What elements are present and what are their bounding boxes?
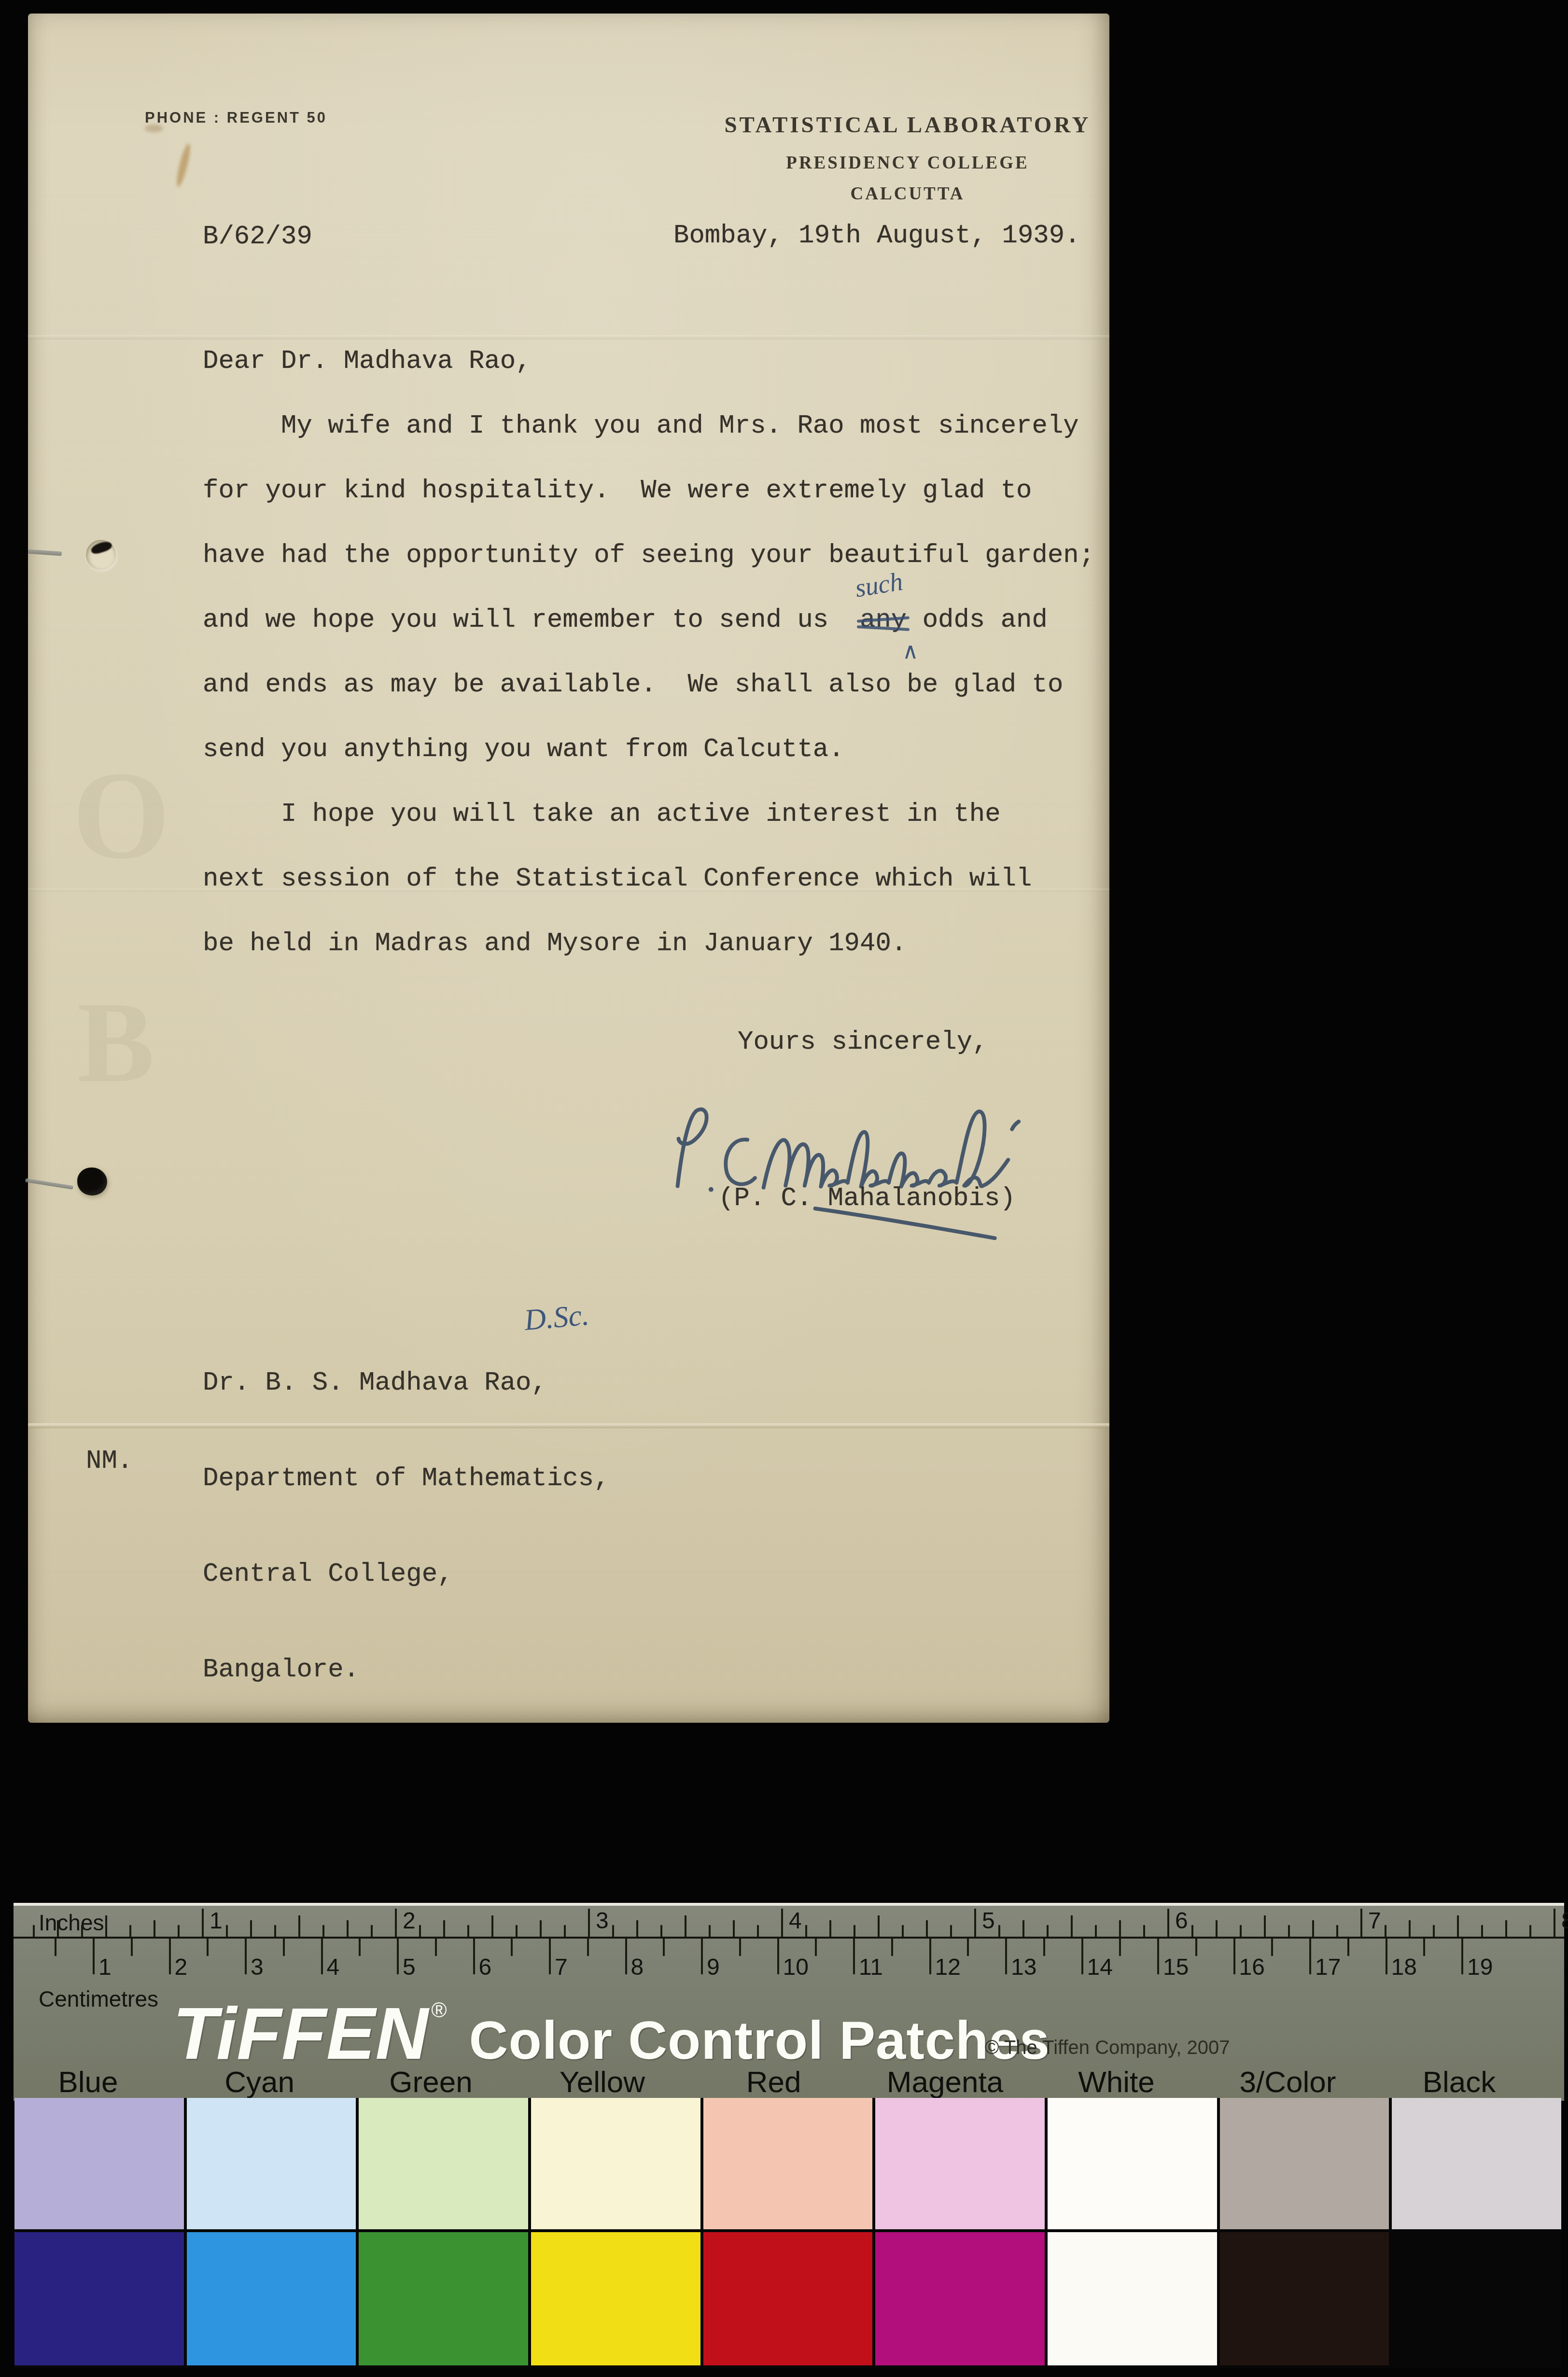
cm-tick xyxy=(435,1939,437,1956)
swatch-pastel-white xyxy=(1048,2098,1217,2229)
inch-tick xyxy=(1433,1925,1435,1937)
letterhead-city: CALCUTTA xyxy=(700,183,1115,204)
inch-tick xyxy=(298,1915,300,1937)
cm-number: 12 xyxy=(935,1954,961,1981)
patch-label-blue: Blue xyxy=(58,2065,118,2099)
inch-tick xyxy=(105,1915,107,1937)
swatch-pastel-red xyxy=(703,2098,873,2229)
cm-number: 15 xyxy=(1163,1954,1189,1981)
recipient-address: Dr. B. S. Madhava Rao, Department of Mat… xyxy=(203,1304,610,1750)
cm-number: 11 xyxy=(859,1954,883,1981)
swatch-pastel-green xyxy=(359,2098,528,2229)
inch-tick xyxy=(1481,1925,1483,1937)
patch-label-3-color: 3/Color xyxy=(1240,2065,1336,2099)
swatch-saturated-cyan xyxy=(187,2232,356,2365)
cm-number: 4 xyxy=(327,1954,340,1981)
cm-number: 3 xyxy=(251,1954,264,1981)
cm-tick xyxy=(549,1939,551,1974)
inch-tick xyxy=(902,1925,904,1937)
inch-tick xyxy=(129,1925,131,1937)
cm-tick xyxy=(1271,1939,1273,1956)
inch-tick xyxy=(1264,1915,1266,1937)
inch-tick xyxy=(1143,1925,1145,1937)
inch-tick xyxy=(1167,1909,1169,1937)
cm-tick xyxy=(511,1939,513,1956)
inch-tick xyxy=(419,1925,421,1937)
inch-tick xyxy=(829,1920,831,1937)
cm-number: 8 xyxy=(631,1954,644,1981)
inch-tick xyxy=(274,1925,276,1937)
cm-number: 1 xyxy=(98,1954,112,1981)
cm-tick xyxy=(397,1939,399,1974)
cm-number: 17 xyxy=(1315,1954,1341,1981)
inch-tick xyxy=(226,1925,228,1937)
brand-row: TiFFEN ® Color Control Patches xyxy=(173,1992,1050,2076)
patch-label-red: Red xyxy=(746,2065,801,2099)
body-text: odds and xyxy=(907,605,1048,635)
cm-tick xyxy=(1195,1939,1197,1956)
inch-number: 2 xyxy=(403,1908,416,1934)
handwritten-signature xyxy=(658,1083,1116,1242)
inch-tick xyxy=(347,1920,349,1937)
inch-tick xyxy=(1095,1925,1097,1937)
inch-tick xyxy=(250,1920,252,1937)
inch-tick xyxy=(1216,1920,1218,1937)
inch-tick xyxy=(564,1925,566,1937)
inch-tick xyxy=(685,1915,686,1937)
swatch-saturated-magenta xyxy=(875,2232,1045,2365)
inch-tick xyxy=(1409,1920,1411,1937)
inch-tick xyxy=(178,1925,180,1937)
inch-tick xyxy=(322,1925,324,1937)
cm-tick xyxy=(207,1939,209,1956)
inch-tick xyxy=(81,1925,83,1937)
cm-tick xyxy=(1386,1939,1387,1974)
tiffen-logo: TiFFEN xyxy=(173,1992,428,2076)
swatch-pastel-yellow xyxy=(531,2098,700,2229)
inch-tick xyxy=(1554,1909,1555,1937)
cm-tick xyxy=(663,1939,665,1956)
inch-tick xyxy=(1071,1915,1073,1937)
body-line: have had the opportunity of seeing your … xyxy=(203,523,1120,588)
body-line: next session of the Statistical Conferen… xyxy=(203,847,1120,912)
patch-label-white: White xyxy=(1078,2065,1154,2099)
swatch-saturated-yellow xyxy=(531,2232,700,2365)
handwritten-insertion: such xyxy=(850,549,908,620)
inch-tick xyxy=(540,1920,542,1937)
cm-tick xyxy=(93,1939,95,1974)
cm-number: 16 xyxy=(1239,1954,1265,1981)
registered-trademark-symbol: ® xyxy=(431,1998,447,2023)
cm-tick xyxy=(1157,1939,1159,1974)
swatch-pastel-3-color xyxy=(1220,2098,1389,2229)
cm-tick xyxy=(739,1939,741,1956)
inch-tick xyxy=(154,1920,155,1937)
swatch-pastel-cyan xyxy=(187,2098,356,2229)
inch-tick xyxy=(950,1925,952,1937)
body-line: My wife and I thank you and Mrs. Rao mos… xyxy=(203,394,1120,459)
scanned-letter-page: O B PHONE : REGENT 50 STATISTICAL LABORA… xyxy=(0,0,1568,2377)
swatch-pastel-magenta xyxy=(875,2098,1045,2229)
swatch-pastel-blue xyxy=(14,2098,184,2229)
cm-tick xyxy=(815,1939,817,1956)
color-swatch-grid xyxy=(14,2098,1561,2368)
body-line: I hope you will take an active interest … xyxy=(203,782,1120,847)
inch-tick xyxy=(757,1925,759,1937)
swatch-saturated-blue xyxy=(14,2232,184,2365)
inch-tick xyxy=(1119,1920,1121,1937)
cm-number: 9 xyxy=(707,1954,720,1981)
body-line: be held in Madras and Mysore in January … xyxy=(203,912,1120,976)
inch-number: 8 xyxy=(1561,1908,1568,1934)
cm-number: 5 xyxy=(403,1954,416,1981)
patch-label-cyan: Cyan xyxy=(224,2065,294,2099)
swatch-saturated-green xyxy=(359,2232,528,2365)
swatch-pastel-black xyxy=(1392,2098,1561,2229)
cm-tick xyxy=(929,1939,931,1974)
dateline: Bombay, 19th August, 1939. xyxy=(673,221,1080,251)
cm-tick xyxy=(1043,1939,1045,1956)
cm-number: 14 xyxy=(1087,1954,1113,1981)
punch-hole xyxy=(77,1167,107,1196)
cm-tick xyxy=(283,1939,285,1956)
body-line: Dear Dr. Madhava Rao, xyxy=(203,329,1120,394)
cm-tick xyxy=(1423,1939,1425,1956)
inch-tick xyxy=(1240,1925,1242,1937)
cm-tick xyxy=(891,1939,893,1956)
inch-tick xyxy=(588,1909,590,1937)
cm-tick xyxy=(587,1939,589,1956)
inch-tick xyxy=(636,1920,638,1937)
cm-number: 18 xyxy=(1391,1954,1417,1981)
inch-tick xyxy=(1360,1909,1362,1937)
body-line: and ends as may be available. We shall a… xyxy=(203,653,1120,717)
inch-tick xyxy=(1457,1915,1459,1937)
inch-tick xyxy=(516,1925,518,1937)
letterhead-institution: STATISTICAL LABORATORY xyxy=(700,112,1115,138)
inch-tick xyxy=(660,1925,662,1937)
copyright-notice: © The Tiffen Company, 2007 xyxy=(985,2037,1230,2059)
inch-number: 5 xyxy=(982,1908,995,1934)
cm-tick xyxy=(1119,1939,1121,1956)
cm-number: 7 xyxy=(555,1954,568,1981)
inch-tick xyxy=(1312,1920,1314,1937)
inch-tick xyxy=(1385,1925,1386,1937)
cm-tick xyxy=(701,1939,703,1974)
patch-label-black: Black xyxy=(1423,2065,1496,2099)
body-line: send you anything you want from Calcutta… xyxy=(203,717,1120,782)
letter-body: Dear Dr. Madhava Rao, My wife and I than… xyxy=(203,329,1120,976)
cm-tick xyxy=(473,1939,475,1974)
inch-tick xyxy=(974,1909,976,1937)
struck-out-word: anysuch∧ xyxy=(860,588,907,653)
patch-label-green: Green xyxy=(389,2065,472,2099)
inch-tick xyxy=(443,1920,445,1937)
typed-signature-name: (P. C. Mahalanobis) xyxy=(718,1184,1016,1213)
inch-number: 6 xyxy=(1175,1908,1188,1934)
cm-tick xyxy=(1233,1939,1235,1974)
cm-tick xyxy=(169,1939,171,1974)
inch-tick xyxy=(709,1925,711,1937)
typist-initials: NM. xyxy=(86,1447,133,1476)
cm-tick xyxy=(131,1939,133,1956)
closing-salutation: Yours sincerely, xyxy=(738,1027,988,1057)
inch-tick xyxy=(1047,1925,1049,1937)
inch-tick xyxy=(1288,1925,1290,1937)
cm-number: 13 xyxy=(1011,1954,1036,1981)
inch-tick xyxy=(57,1920,59,1937)
handwritten-degree: D.Sc. xyxy=(523,1298,590,1337)
inch-tick xyxy=(202,1909,204,1937)
body-line: for your kind hospitality. We were extre… xyxy=(203,459,1120,523)
inch-tick xyxy=(371,1925,373,1937)
cm-tick xyxy=(245,1939,247,1974)
cm-tick xyxy=(1309,1939,1311,1974)
cm-number: 19 xyxy=(1467,1954,1493,1981)
cm-tick xyxy=(853,1939,855,1974)
recipient-college: Central College, xyxy=(203,1559,610,1590)
inch-tick xyxy=(805,1925,807,1937)
inch-tick xyxy=(1336,1925,1338,1937)
recipient-department: Department of Mathematics, xyxy=(203,1463,610,1495)
inch-number: 1 xyxy=(210,1908,223,1934)
swatch-saturated-3-color xyxy=(1220,2232,1389,2365)
inch-tick xyxy=(491,1915,493,1937)
inch-tick xyxy=(998,1925,1000,1937)
cm-tick xyxy=(967,1939,969,1956)
cm-tick xyxy=(777,1939,779,1974)
cm-tick xyxy=(321,1939,323,1974)
cm-tick xyxy=(359,1939,361,1956)
inch-tick xyxy=(878,1915,880,1937)
insertion-caret: ∧ xyxy=(902,619,919,684)
cm-tick xyxy=(1347,1939,1349,1956)
patch-label-magenta: Magenta xyxy=(887,2065,1003,2099)
inches-ruler-label: Inches xyxy=(39,1910,104,1936)
patch-label-yellow: Yellow xyxy=(560,2065,645,2099)
inch-tick xyxy=(467,1925,469,1937)
inch-tick xyxy=(781,1909,783,1937)
inch-tick xyxy=(1191,1925,1193,1937)
swatch-saturated-white xyxy=(1048,2232,1217,2365)
cm-tick xyxy=(1005,1939,1007,1974)
body-text: and we hope you will remember to send us xyxy=(203,605,860,635)
letterhead-college: PRESIDENCY COLLEGE xyxy=(700,153,1115,173)
cm-number: 6 xyxy=(479,1954,492,1981)
inch-tick xyxy=(1022,1920,1024,1937)
inch-tick xyxy=(926,1920,928,1937)
inch-number: 4 xyxy=(789,1908,802,1934)
cm-tick xyxy=(1081,1939,1083,1974)
inch-tick xyxy=(733,1920,735,1937)
inch-tick xyxy=(33,1925,35,1937)
swatch-saturated-black xyxy=(1392,2232,1561,2365)
cm-tick xyxy=(625,1939,627,1974)
cm-number: 10 xyxy=(783,1954,809,1981)
reference-number: B/62/39 xyxy=(203,222,312,252)
swatch-saturated-red xyxy=(703,2232,873,2365)
inch-number: 3 xyxy=(596,1908,609,1934)
inch-tick xyxy=(395,1909,397,1937)
cm-tick xyxy=(1461,1939,1463,1974)
inch-number: 7 xyxy=(1368,1908,1381,1934)
inch-tick xyxy=(1505,1920,1507,1937)
recipient-city: Bangalore. xyxy=(203,1654,610,1686)
color-control-strip: Inches 123456781234567891011121314151617… xyxy=(14,1903,1564,2101)
body-line: and we hope you will remember to send us… xyxy=(203,588,1120,653)
centimetres-ruler-label: Centimetres xyxy=(39,1986,158,2012)
cm-number: 2 xyxy=(175,1954,188,1981)
recipient-name: Dr. B. S. Madhava Rao, xyxy=(203,1367,610,1399)
inch-tick xyxy=(1529,1925,1531,1937)
letterhead-phone: PHONE : REGENT 50 xyxy=(145,109,327,127)
inch-tick xyxy=(612,1925,614,1937)
strip-title: Color Control Patches xyxy=(469,2009,1050,2071)
cm-tick xyxy=(55,1939,56,1956)
inch-tick xyxy=(854,1925,855,1937)
